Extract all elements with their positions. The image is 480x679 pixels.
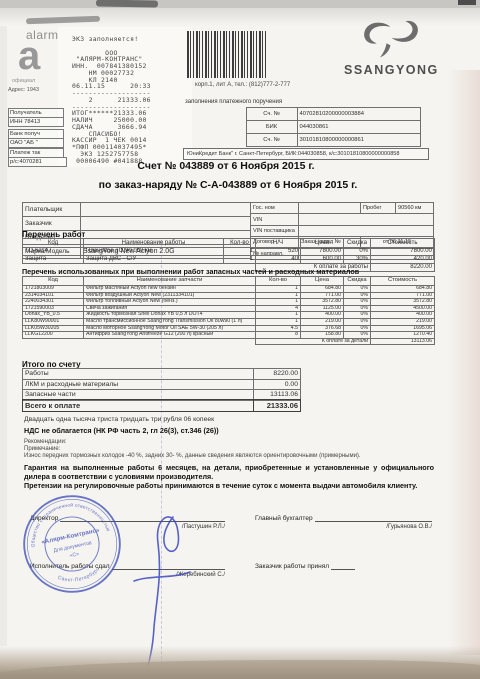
table-row: LLK05W30205Масло моторное SsangYong Moto… <box>23 325 435 332</box>
table-row: 2240034301Фильтр топливный Actyon New (б… <box>23 299 435 306</box>
scan-corner-mark <box>458 0 476 5</box>
table-row: VIN <box>251 214 434 225</box>
table-row: Заказчик <box>23 217 251 231</box>
table-footer-row: К оплате за детали 13113.06 <box>23 338 435 345</box>
table-row: 2314034101Фильтр воздушный Actyon New (2… <box>23 292 435 299</box>
table-header-row: КодНаименование работы Кол-воН/Ч ЦенаСки… <box>23 239 435 248</box>
bank-details-table: Сч. № 40702810200000003884 БИК 044030861… <box>232 107 421 147</box>
dealer-logo-subtitle: официал <box>12 78 35 84</box>
barcode-icon <box>187 31 267 78</box>
table-row: LLK80W90001Масло трансмиссионное SsangYo… <box>23 318 435 325</box>
scan-smudge <box>96 0 158 8</box>
order-title: по заказ-наряду № С-А-043889 от 6 Ноября… <box>22 179 434 191</box>
bank-name-fragment: ОАО "АБ " <box>8 138 64 148</box>
vat-note: НДС не облагается (НК РФ часть 2, гл 26(… <box>24 426 219 435</box>
inn-fragment: ИНН 78413 <box>8 117 64 127</box>
wear-note: Износ передних тормозных колодок -40 %, … <box>24 453 434 459</box>
stamp-letter-text: «С» <box>69 551 80 559</box>
table-row: LLKG12200Антифриз SsangYong Antifreeze G… <box>23 332 435 339</box>
paper-fold-crease <box>161 240 162 664</box>
scan-left-edge-tint <box>0 26 7 646</box>
payment-section-note: заполнения платежного поручения <box>185 99 282 105</box>
note-label: Примечание: <box>24 446 60 452</box>
table-row: ТО-6ат4Плановое ТО 90 000 км 1520 7800.0… <box>23 248 435 256</box>
table-row: ЗащитаЗащита ДВС - С/У 140 600.0030% 420… <box>23 256 435 264</box>
amount-in-words: Двадцать одна тысяча триста тридцать три… <box>24 416 214 423</box>
table-row: БИК 044030861 <box>232 121 420 134</box>
table-row: Donax_YB_0.5Жидкость тормозная Shell Don… <box>23 312 435 319</box>
signature-line <box>331 561 355 570</box>
table-row: 1721590003Свеча зажигания 41125.00 0%450… <box>23 305 435 312</box>
table-header-row: КодНаименование запчасти Кол-воЦена Скид… <box>23 277 435 286</box>
signature-line <box>315 513 432 522</box>
table-row: Сч. № 30101810800000000861 <box>232 134 420 147</box>
accountant-signature-row: Главный бухгалтер <box>255 513 432 522</box>
scan-right-edge-tint <box>448 70 480 655</box>
ssangyong-emblem-icon <box>358 18 424 64</box>
customer-signature-row: Заказчик работы принял <box>255 561 365 570</box>
dealer-address: Адрес: 1943 <box>8 87 39 93</box>
table-row: VIN поставщика <box>251 225 434 236</box>
dealer-logo-letter-icon: a <box>18 36 40 76</box>
parts-section-title: Перечень использованных при выполнении р… <box>22 267 359 276</box>
table-row: Плательщик <box>23 203 251 217</box>
scanned-invoice-page: alarm a официал Адрес: 1943 ЭКЗ заполняе… <box>0 0 480 679</box>
invoice-title: Счет № 043889 от 6 Ноября 2015 г. <box>66 160 386 172</box>
cash-receipt-text: ЭКЗ заполняется! ООО "АЛЯРМ-КОНТРАНС" ИН… <box>72 36 151 164</box>
branch-phone-line: корп.1, лит А, тел.: (812)777-2-777 <box>195 82 290 88</box>
ssangyong-wordmark: SSANGYONG <box>344 63 439 77</box>
table-row: Гос. ном Пробег 90560 км <box>251 203 434 214</box>
account-fragment: р/с:4070281 <box>8 157 67 167</box>
scan-top-strip <box>0 0 480 8</box>
recommendations-label: Рекомендации: <box>24 439 67 445</box>
table-row: 1721803009Фильтр масляный Actyon new бен… <box>23 286 435 293</box>
company-round-stamp: Общество с ограниченной ответственностью… <box>10 482 133 605</box>
parts-table: КодНаименование запчасти Кол-воЦена Скид… <box>22 276 435 345</box>
accountant-name: /Гурьянова О.В./ <box>332 524 432 530</box>
warranty-paragraph: Гарантия на выполненные работы 6 месяцев… <box>24 463 434 481</box>
table-row: Сч. № 40702810200000003884 <box>232 108 420 121</box>
bank-name-line: ЮниКредит Банк" г. Санкт-Петербург, БИК:… <box>183 148 429 160</box>
